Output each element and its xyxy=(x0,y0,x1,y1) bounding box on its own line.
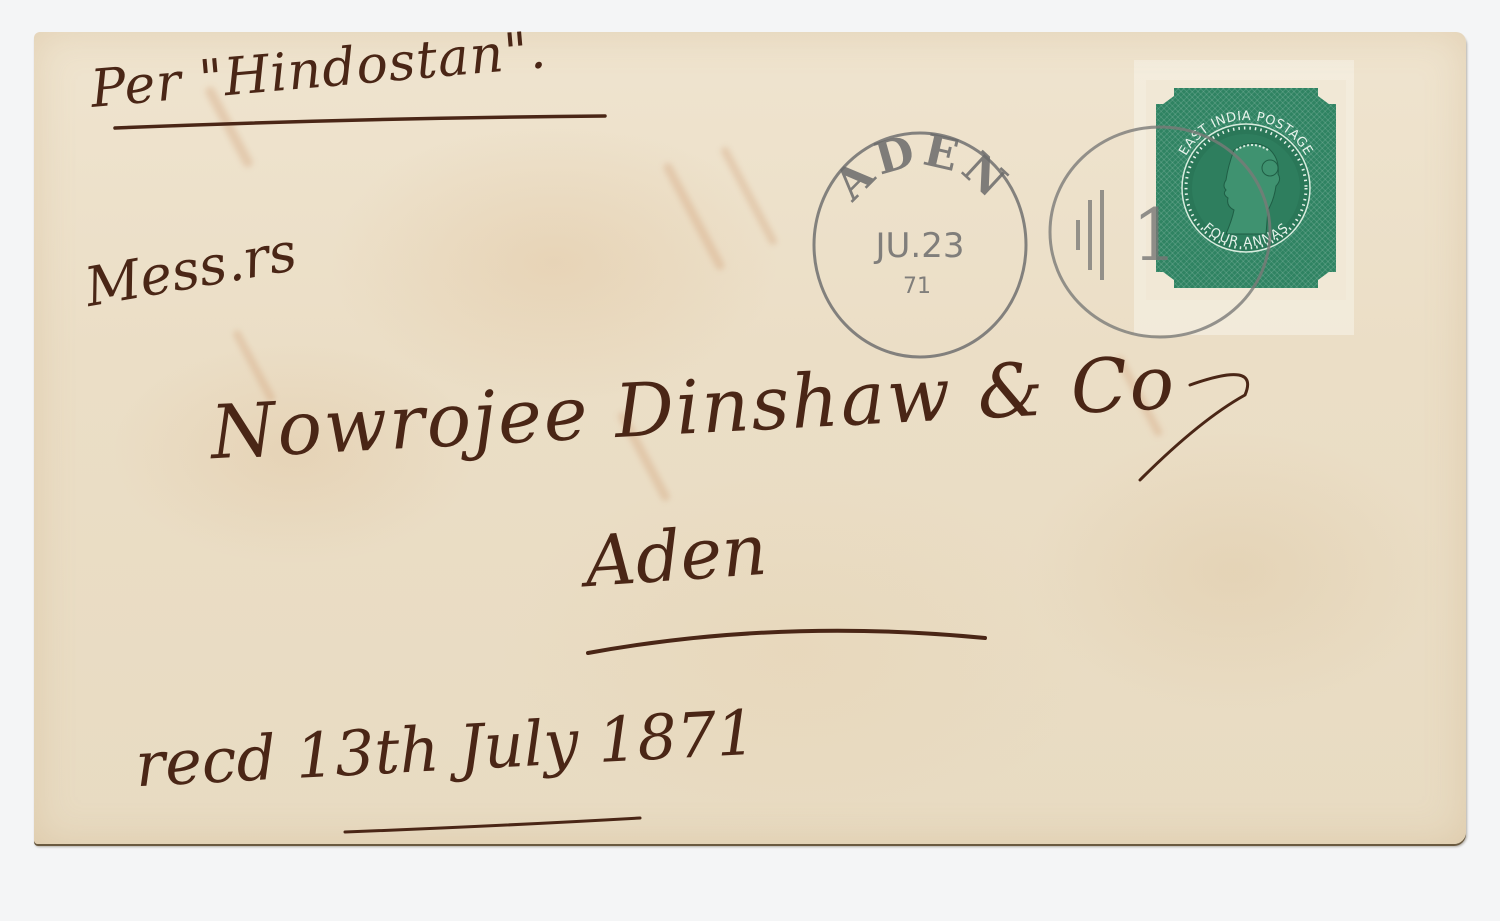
ink-underlines xyxy=(0,0,1500,921)
